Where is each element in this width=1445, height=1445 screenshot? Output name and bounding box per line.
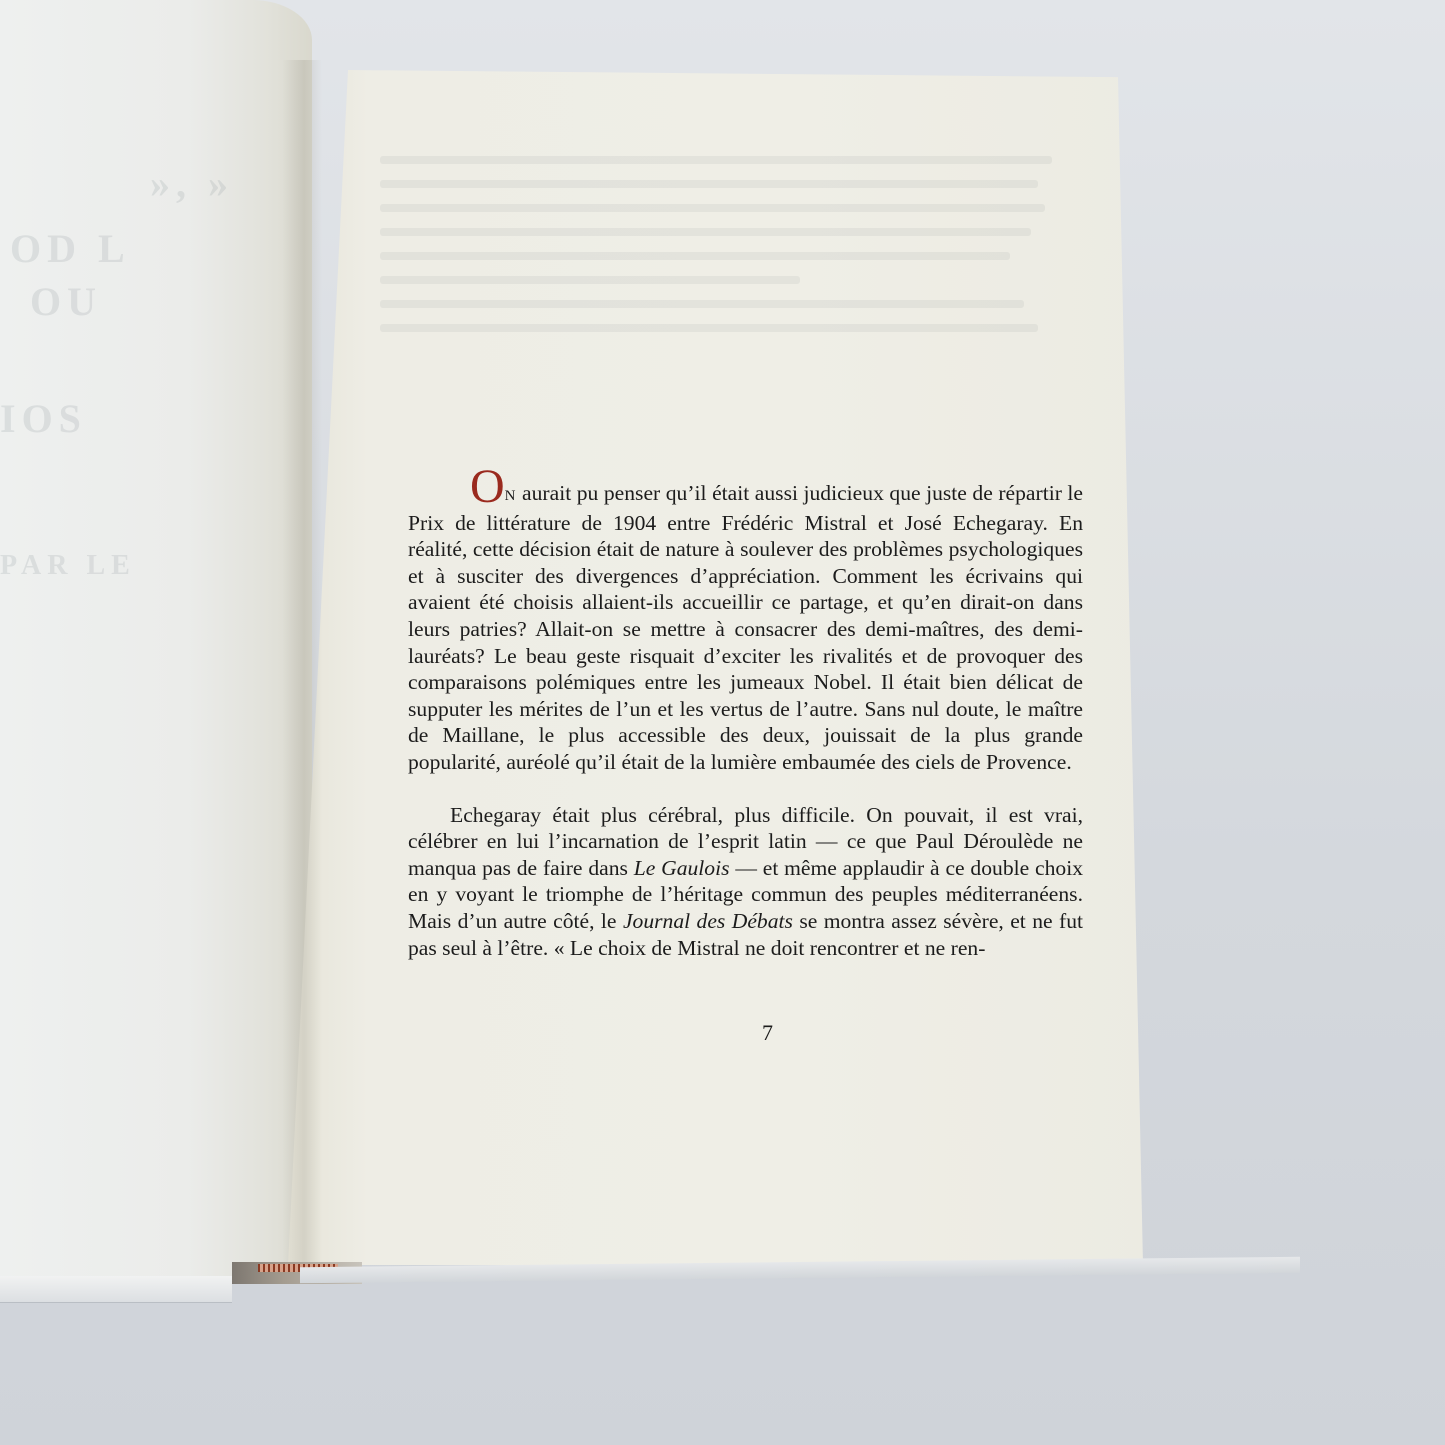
- publication-title: Le Gaulois: [634, 856, 730, 880]
- publication-title: Journal des Débats: [623, 909, 793, 933]
- paragraph-1-text: aurait pu penser qu’il était aussi judic…: [408, 481, 1083, 774]
- drop-cap: O: [470, 460, 505, 513]
- left-page: », » OD L OU IOS PAR LE: [0, 0, 312, 1276]
- gutter-shadow: [282, 60, 322, 1275]
- paragraph-2: Echegaray était plus cérébral, plus diff…: [408, 802, 1083, 962]
- page-number: 7: [762, 1020, 773, 1046]
- show-through-text: IOS: [0, 395, 87, 442]
- show-through-lines: [380, 140, 1080, 440]
- show-through-text: PAR LE: [0, 550, 136, 582]
- show-through-text: », »: [150, 160, 234, 207]
- show-through-text: OD L: [10, 225, 131, 272]
- small-cap: N: [505, 488, 517, 504]
- paragraph-1: ON aurait pu penser qu’il était aussi ju…: [408, 472, 1083, 776]
- body-text: ON aurait pu penser qu’il était aussi ju…: [408, 472, 1083, 961]
- cover-edge-left: [0, 1276, 232, 1303]
- show-through-text: OU: [30, 278, 102, 325]
